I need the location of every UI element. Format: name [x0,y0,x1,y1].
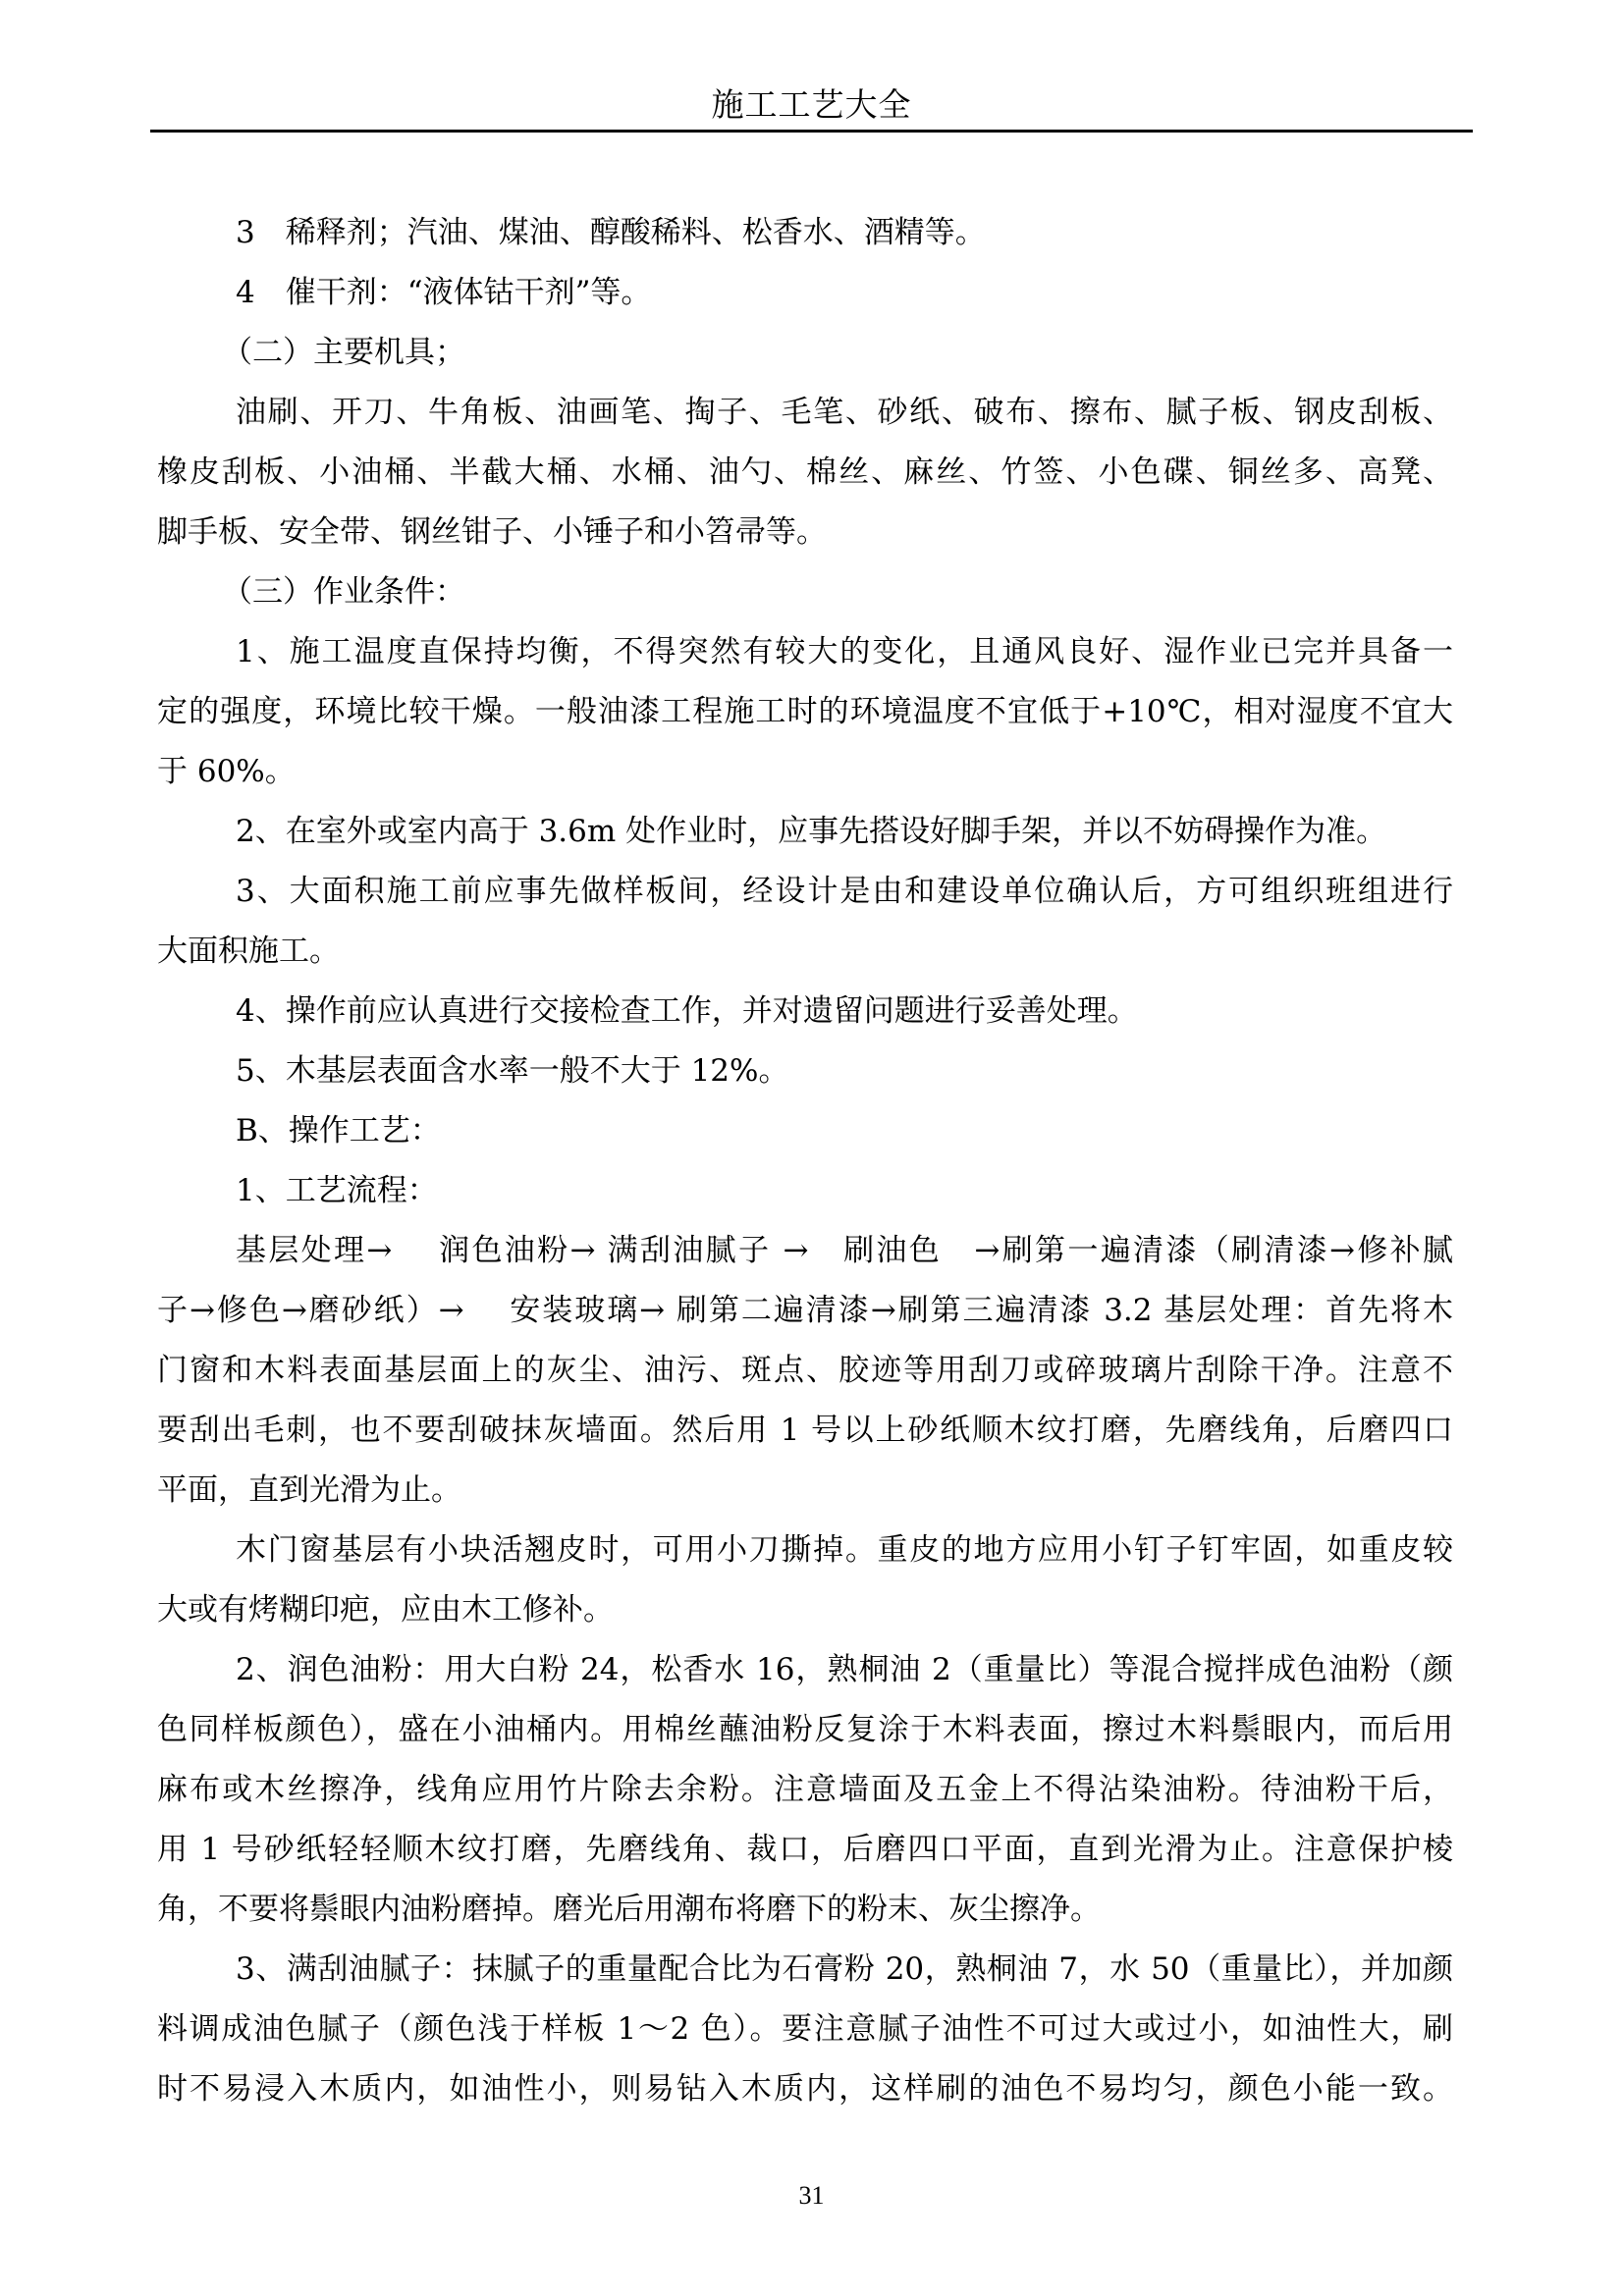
paragraph-line: 橡皮刮板、小油桶、半截大桶、水桶、油勺、棉丝、麻丝、竹签、小色碟、铜丝多、高凳、 [157,453,1453,492]
section-heading: （三）作业条件： [222,572,1453,612]
paragraph-line: 油刷、开刀、牛角板、油画笔、掏子、毛笔、砂纸、破布、擦布、腻子板、钢皮刮板、 [236,393,1453,432]
paragraph-line: 5、木基层表面含水率一般不大于 12%。 [236,1051,1453,1091]
paragraph-line: 大面积施工。 [157,932,1453,971]
paragraph-line: 3、大面积施工前应事先做样板间，经设计是由和建设单位确认后，方可组织班组进行 [236,872,1453,911]
paragraph-line: 麻布或木丝擦净，线角应用竹片除去余粉。注意墙面及五金上不得沾染油粉。待油粉干后， [157,1770,1453,1809]
paragraph-line: 大或有烤糊印疤，应由木工修补。 [157,1590,1453,1629]
paragraph-line: 脚手板、安全带、钢丝钳子、小锤子和小笤帚等。 [157,512,1453,552]
subsection-heading: 1、工艺流程： [236,1171,1453,1210]
paragraph-line: 2、在室外或室内高于 3.6m 处作业时，应事先搭设好脚手架，并以不妨碍操作为准… [236,812,1453,851]
header-divider [150,130,1473,133]
paragraph-line: 时不易浸入木质内，如油性小，则易钻入木质内，这样刷的油色不易均匀，颜色小能一致。 [157,2069,1453,2109]
paragraph-line: 要刮出毛刺，也不要刮破抹灰墙面。然后用 1 号以上砂纸顺木纹打磨，先磨线角，后磨… [157,1411,1453,1450]
paragraph-line: 4 催干剂：“液体钴干剂”等。 [236,273,1453,312]
paragraph-line: 4、操作前应认真进行交接检查工作，并对遗留问题进行妥善处理。 [236,991,1453,1031]
running-header-title: 施工工艺大全 [0,86,1623,124]
paragraph-line: 角，不要将鬃眼内油粉磨掉。磨光后用潮布将磨下的粉末、灰尘擦净。 [157,1890,1453,1929]
paragraph-line: 3 稀释剂；汽油、煤油、醇酸稀料、松香水、酒精等。 [236,213,1453,252]
paragraph-line: 料调成油色腻子（颜色浅于样板 1～2 色）。要注意腻子油性不可过大或过小，如油性… [157,2009,1453,2049]
paragraph-line: 于 60%。 [157,752,1453,791]
section-heading: （二）主要机具； [222,333,1453,372]
paragraph-line: 木门窗基层有小块活翘皮时，可用小刀撕掉。重皮的地方应用小钉子钉牢固，如重皮较 [236,1530,1453,1570]
paragraph-line: 定的强度，环境比较干燥。一般油漆工程施工时的环境温度不宜低于+10℃，相对湿度不… [157,692,1453,731]
paragraph-line: 1、施工温度直保持均衡，不得突然有较大的变化，且通风良好、湿作业已完并具备一 [236,632,1453,671]
paragraph-line: 平面，直到光滑为止。 [157,1470,1453,1510]
page-number: 31 [0,2181,1623,2211]
paragraph-line: 色同样板颜色），盛在小油桶内。用棉丝蘸油粉反复涂于木料表面，擦过木料鬃眼内，而后… [157,1710,1453,1749]
process-flow-line: 基层处理→ 润色油粉→ 满刮油腻子 → 刷油色 →刷第一遍清漆（刷清漆→修补腻 [236,1231,1453,1270]
paragraph-line: 用 1 号砂纸轻轻顺木纹打磨，先磨线角、裁口，后磨四口平面，直到光滑为止。注意保… [157,1830,1453,1869]
paragraph-line: 门窗和木料表面基层面上的灰尘、油污、斑点、胶迹等用刮刀或碎玻璃片刮除干净。注意不 [157,1351,1453,1390]
section-heading: B、操作工艺： [236,1111,1453,1150]
paragraph-line: 2、润色油粉：用大白粉 24，松香水 16，熟桐油 2（重量比）等混合搅拌成色油… [236,1650,1453,1689]
process-flow-line: 子→修色→磨砂纸）→ 安装玻璃→ 刷第二遍清漆→刷第三遍清漆 3.2 基层处理：… [157,1291,1453,1330]
paragraph-line: 3、满刮油腻子：抹腻子的重量配合比为石膏粉 20，熟桐油 7，水 50（重量比）… [236,1949,1453,1989]
